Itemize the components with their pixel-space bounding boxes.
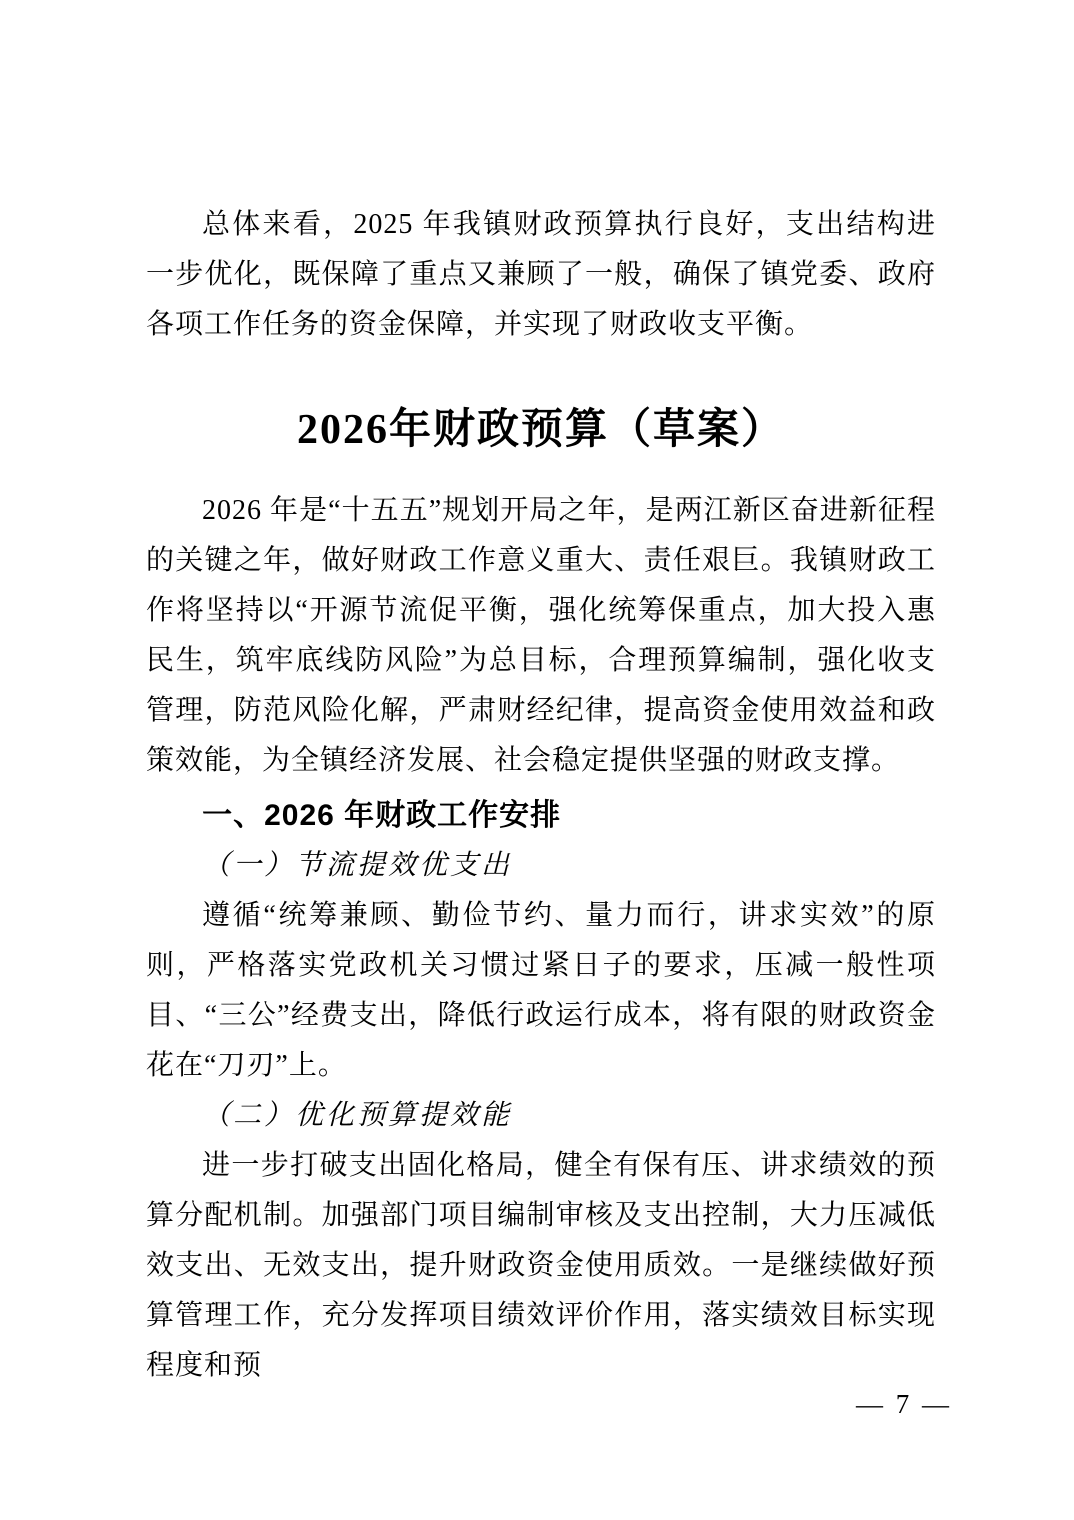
subsection-2-heading: （二）优化预算提效能 [146,1091,936,1141]
document-page: 总体来看，2025 年我镇财政预算执行良好，支出结构进一步优化，既保障了重点又兼… [0,0,1074,1520]
page-number: — 7 — [856,1388,952,1420]
subsection-1-body: 遵循“统筹兼顾、勤俭节约、量力而行，讲求实效”的原则，严格落实党政机关习惯过紧日… [146,891,936,1091]
overview-paragraph: 2026 年是“十五五”规划开局之年，是两江新区奋进新征程的关键之年，做好财政工… [146,486,936,786]
document-title: 2026年财政预算（草案） [146,402,936,458]
section-heading-work-plan: 一、2026 年财政工作安排 [146,791,936,841]
intro-paragraph: 总体来看，2025 年我镇财政预算执行良好，支出结构进一步优化，既保障了重点又兼… [146,200,936,350]
document-content: 总体来看，2025 年我镇财政预算执行良好，支出结构进一步优化，既保障了重点又兼… [146,200,936,1391]
subsection-1-heading: （一）节流提效优支出 [146,841,936,891]
subsection-2-body: 进一步打破支出固化格局，健全有保有压、讲求绩效的预算分配机制。加强部门项目编制审… [146,1141,936,1391]
